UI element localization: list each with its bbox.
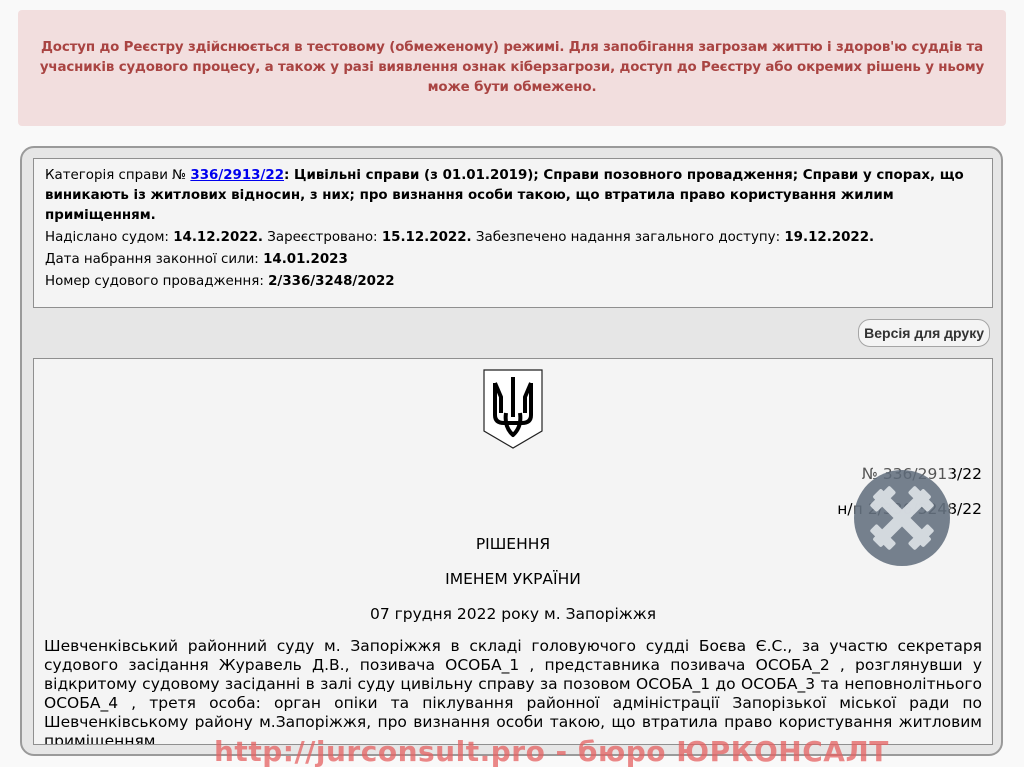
dates-row: Надіслано судом: 14.12.2022. Зареєстрова… [45,228,981,248]
decision-frame: Категорія справи № 336/2913/22: Цивільні… [20,146,1003,756]
proceeding-label: Номер судового провадження: [45,274,268,289]
sent-date: 14.12.2022. [173,230,263,245]
print-version-button[interactable]: Версія для друку [858,319,990,347]
document-body-text: Шевченківський районний суду м. Запоріжж… [44,637,982,745]
watermark-text: http://jurconsult.pro - бюро ЮРКОНСАЛТ [214,736,889,767]
access-warning-text: Доступ до Реєстру здійснюється в тестово… [34,38,990,98]
registered-date: 15.12.2022. [382,230,472,245]
proceeding-row: Номер судового провадження: 2/336/3248/2… [45,272,981,292]
public-access-label: Забезпечено надання загального доступу: [472,230,785,245]
decision-document: № 336/2913/22 н/п 2/336/3248/22 РІШЕННЯ … [33,358,993,745]
case-category-row: Категорія справи № 336/2913/22: Цивільні… [45,166,981,226]
document-proceeding-number: н/п 2/336/3248/22 [837,500,982,518]
effective-date-row: Дата набрання законної сили: 14.01.2023 [45,250,981,270]
access-warning-alert: Доступ до Реєстру здійснюється в тестово… [18,10,1006,126]
document-subtitle: ІМЕНЕМ УКРАЇНИ [34,570,992,588]
case-info-panel: Категорія справи № 336/2913/22: Цивільні… [33,158,993,308]
proceeding-number: 2/336/3248/2022 [268,274,394,289]
case-number-link[interactable]: 336/2913/22 [190,168,284,183]
public-access-date: 19.12.2022. [784,230,874,245]
effective-label: Дата набрання законної сили: [45,252,263,267]
document-date-place: 07 грудня 2022 року м. Запоріжжя [34,605,992,623]
registered-label: Зареєстровано: [263,230,382,245]
document-title: РІШЕННЯ [34,535,992,553]
sent-label: Надіслано судом: [45,230,173,245]
effective-date: 14.01.2023 [263,252,348,267]
document-case-number: № 336/2913/22 [862,465,982,483]
ukraine-coat-of-arms-icon [482,369,544,449]
category-label: Категорія справи № [45,168,190,183]
